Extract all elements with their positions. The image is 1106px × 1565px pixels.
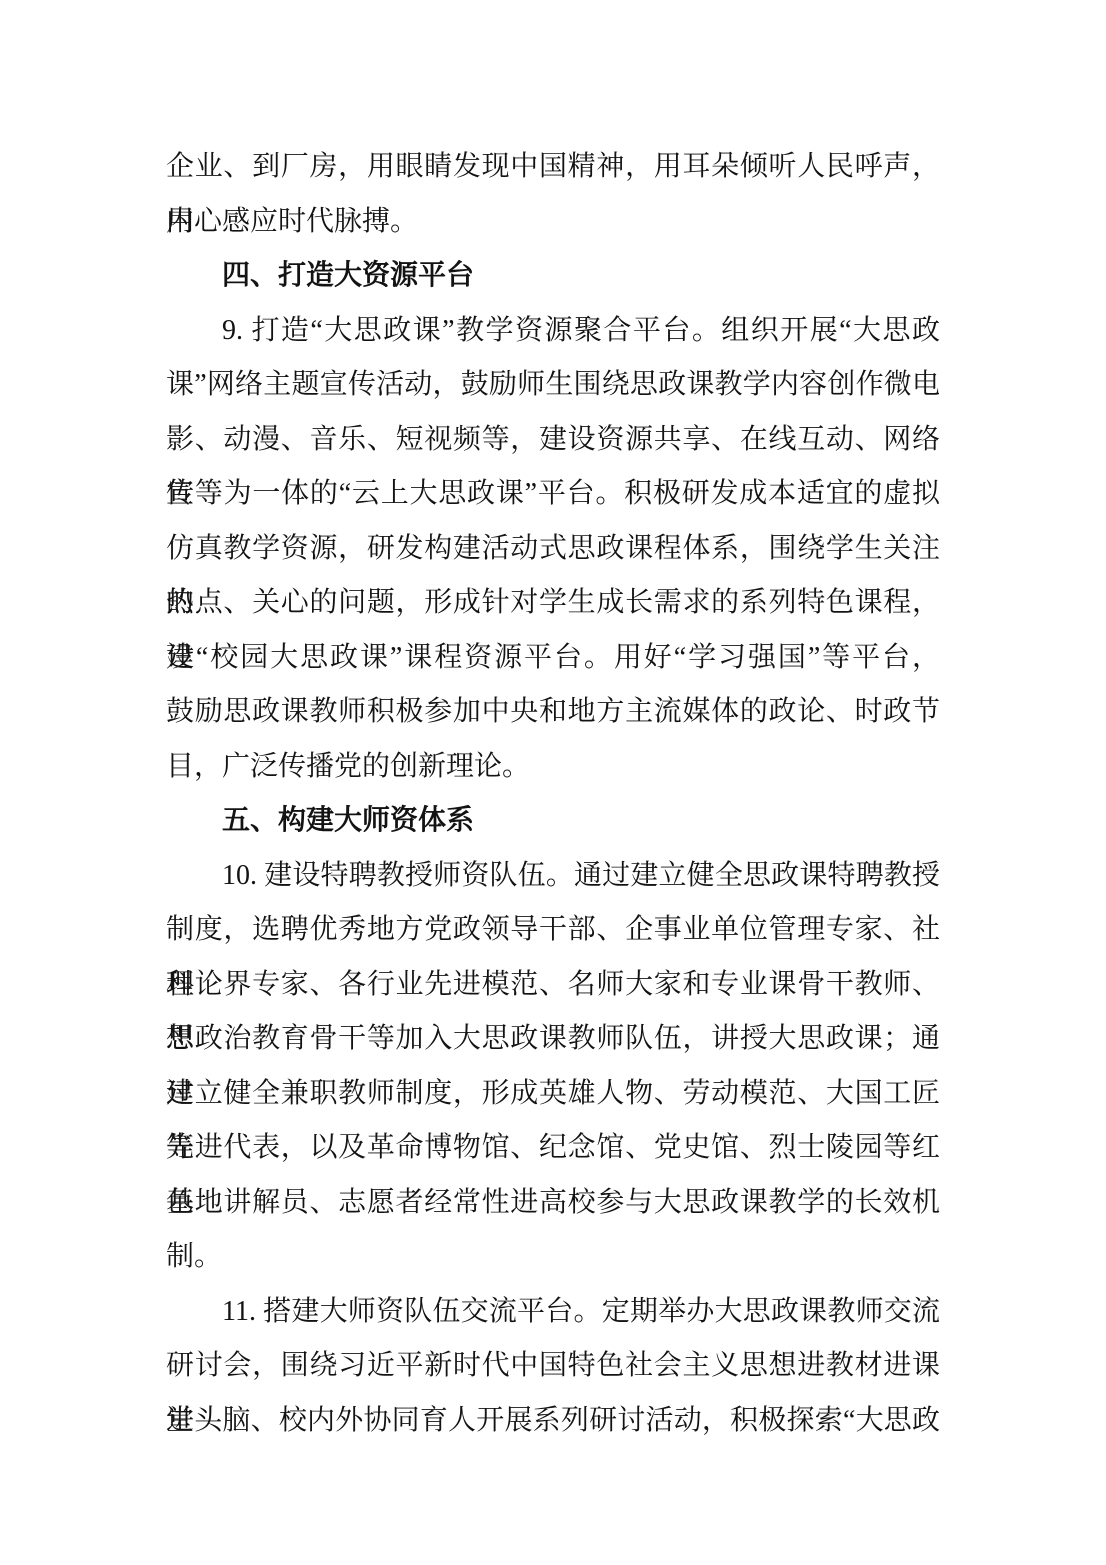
text-line: 仿真教学资源，研发构建活动式思政课程体系，围绕学生关注的 — [166, 522, 940, 577]
text-line: 内心感应时代脉搏。 — [166, 195, 940, 250]
text-line: 进头脑、校内外协同育人开展系列研讨活动，积极探索“大思政 — [166, 1394, 940, 1449]
text-line: 制度，选聘优秀地方党政领导干部、企事业单位管理专家、社科 — [166, 903, 940, 958]
paragraph-first-line: 10. 建设特聘教授师资队伍。通过建立健全思政课特聘教授 — [166, 849, 940, 904]
text-line: 制。 — [166, 1230, 940, 1285]
text-line: 先进代表，以及革命博物馆、纪念馆、党史馆、烈士陵园等红色 — [166, 1121, 940, 1176]
text-line: 传等为一体的“云上大思政课”平台。积极研发成本适宜的虚拟 — [166, 467, 940, 522]
text-line: 鼓励思政课教师积极参加中央和地方主流媒体的政论、时政节 — [166, 685, 940, 740]
text-line: 研讨会，围绕习近平新时代中国特色社会主义思想进教材进课堂 — [166, 1339, 940, 1394]
text-line: 建立健全兼职教师制度，形成英雄人物、劳动模范、大国工匠等 — [166, 1067, 940, 1122]
text-line: 企业、到厂房，用眼睛发现中国精神，用耳朵倾听人民呼声，用 — [166, 140, 940, 195]
text-line: 想政治教育骨干等加入大思政课教师队伍，讲授大思政课；通过 — [166, 1012, 940, 1067]
section-heading-5: 五、构建大师资体系 — [166, 794, 940, 849]
text-line: 影、动漫、音乐、短视频等，建设资源共享、在线互动、网络宣 — [166, 413, 940, 468]
document-text-block: 企业、到厂房，用眼睛发现中国精神，用耳朵倾听人民呼声，用 内心感应时代脉搏。 四… — [166, 140, 940, 1448]
document-page: 企业、到厂房，用眼睛发现中国精神，用耳朵倾听人民呼声，用 内心感应时代脉搏。 四… — [0, 0, 1106, 1565]
section-heading-4: 四、打造大资源平台 — [166, 249, 940, 304]
paragraph-first-line: 9. 打造“大思政课”教学资源聚合平台。组织开展“大思政 — [166, 304, 940, 359]
text-line: 热点、关心的问题，形成针对学生成长需求的系列特色课程，建 — [166, 576, 940, 631]
text-line: 课”网络主题宣传活动，鼓励师生围绕思政课教学内容创作微电 — [166, 358, 940, 413]
text-line: 设“校园大思政课”课程资源平台。用好“学习强国”等平台， — [166, 631, 940, 686]
text-line: 目，广泛传播党的创新理论。 — [166, 740, 940, 795]
paragraph-first-line: 11. 搭建大师资队伍交流平台。定期举办大思政课教师交流 — [166, 1285, 940, 1340]
text-line: 理论界专家、各行业先进模范、名师大家和专业课骨干教师、思 — [166, 958, 940, 1013]
text-line: 基地讲解员、志愿者经常性进高校参与大思政课教学的长效机 — [166, 1176, 940, 1231]
